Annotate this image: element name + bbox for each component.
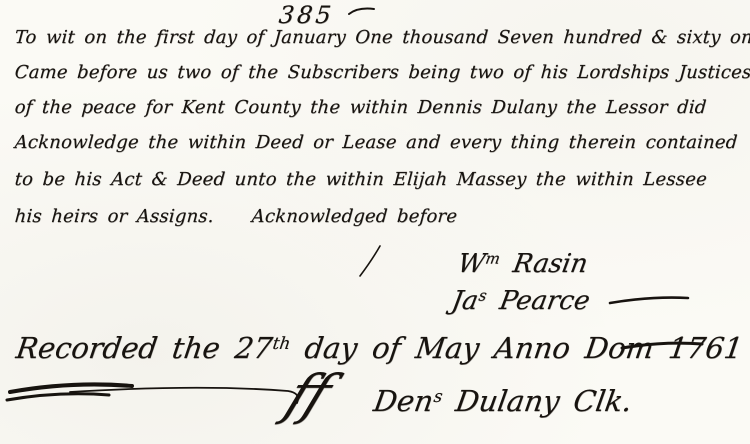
body-line-5: to be his Act & Deed unto the within Eli…	[14, 169, 708, 190]
body-line-1: To wit on the first day of January One t…	[14, 27, 750, 48]
recorded-line: Recorded the 27th day of May Anno Dom 17…	[14, 331, 745, 365]
descender-stroke-flourish	[360, 246, 380, 276]
closing-flourish-tail-stroke	[70, 388, 298, 403]
clerk-signature: Dens Dulany Clk.	[371, 384, 634, 418]
clerk-pre: Den	[371, 384, 435, 418]
assigns-clause: his heirs or Assigns.	[14, 206, 215, 227]
body-line-6: his heirs or Assigns.Acknowledged before	[14, 206, 458, 227]
clerk-paraph-mark: ff	[277, 363, 341, 426]
manuscript-page: 385 To wit on the first day of January O…	[0, 0, 750, 444]
closing-flourish-lower-stroke	[7, 394, 109, 400]
signature-wm-rasin: Wm Rasin	[455, 249, 590, 279]
body-line-2: Came before us two of the Subscribers be…	[14, 62, 750, 83]
signature-rest: Rasin	[496, 249, 590, 279]
signature-prefix: W	[455, 249, 487, 279]
signature-jas-pearce: Jas Pearce	[449, 286, 592, 316]
recorded-pre: Recorded the 27	[14, 331, 274, 365]
signature-rest: Pearce	[483, 286, 592, 316]
page-number: 385	[278, 1, 336, 29]
acknowledged-before-text: Acknowledged before	[251, 206, 458, 227]
recorded-post: day of May Anno Dom 1761	[287, 331, 745, 365]
signature-prefix: Ja	[449, 286, 480, 316]
body-line-4: Acknowledge the within Deed or Lease and…	[14, 132, 738, 153]
page-number-dash-flourish	[349, 9, 374, 14]
closing-flourish-upper-stroke	[10, 384, 132, 392]
pearce-signature-dash-flourish	[610, 298, 688, 303]
body-line-3: of the peace for Kent County the within …	[14, 97, 707, 118]
clerk-post: Dulany Clk.	[439, 384, 635, 418]
